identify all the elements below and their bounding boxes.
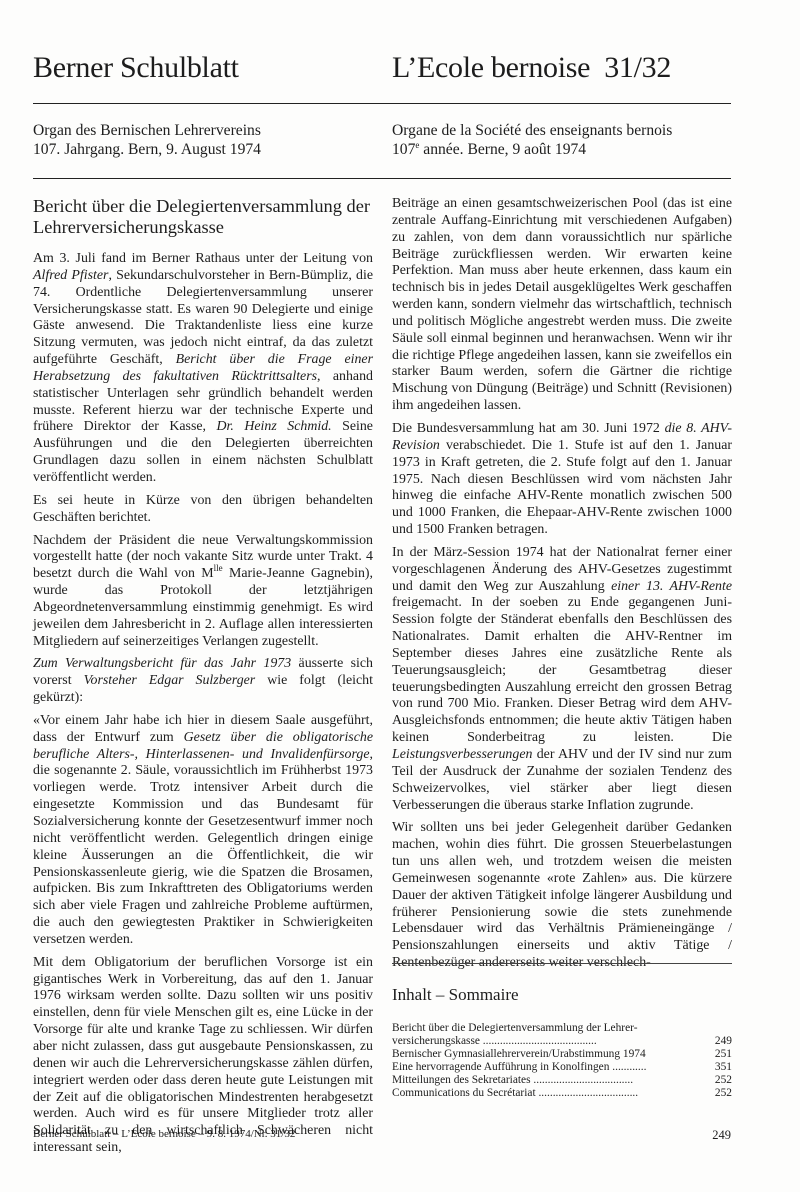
masthead-title-fr: L’Ecole bernoise [392, 51, 590, 84]
text: verabschiedet. Die 1. Stufe ist auf den … [392, 438, 732, 537]
toc-item-page: 249 [706, 1035, 732, 1048]
article-column-left: Bericht über die Delegiertenversammlung … [33, 196, 373, 1163]
footer-citation: Berner Schulblatt – L’Ecole bernoise – 9… [33, 1128, 295, 1140]
table-of-contents: Bericht über die Delegiertenversammlung … [392, 1022, 732, 1101]
toc-item[interactable]: Eine hervorragende Aufführung in Konolfi… [392, 1061, 732, 1074]
toc-item-title: Bericht über die Delegiertenversammlung … [392, 1022, 732, 1035]
toc-item[interactable]: Communications du Secrétariat ..........… [392, 1087, 732, 1100]
year-number: 107 [392, 141, 415, 158]
toc-item-page: 251 [706, 1048, 732, 1061]
paragraph: Zum Verwaltungsbericht für das Jahr 1973… [33, 656, 373, 707]
paragraph: «Vor einem Jahr habe ich hier in diesem … [33, 713, 373, 949]
toc-item-title: versicherungskasse .....................… [392, 1035, 706, 1048]
paragraph: Nachdem der Präsident die neue Verwaltun… [33, 533, 373, 651]
toc-item-page: 252 [706, 1087, 732, 1100]
text: , die sogenannte 2. Säule, voraussichtli… [33, 747, 373, 947]
paragraph: Am 3. Juli fand im Berner Rathaus unter … [33, 251, 373, 487]
text: Am 3. Juli fand im Berner Rathaus unter … [33, 251, 373, 266]
toc-item-page: 252 [706, 1074, 732, 1087]
emphasis: Leistungsverbesserungen [392, 747, 532, 762]
paragraph: Die Bundesversammlung hat am 30. Juni 19… [392, 421, 732, 539]
person-name: Alfred Pfister [33, 268, 108, 283]
toc-item[interactable]: Bericht über die Delegiertenversammlung … [392, 1022, 732, 1035]
paragraph: Wir sollten uns bei jeder Gelegenheit da… [392, 820, 732, 972]
title-sup: lle [214, 563, 223, 573]
subheader-fr: Organe de la Société des enseignants ber… [392, 121, 672, 159]
masthead-title-de: Berner Schulblatt [33, 50, 239, 86]
subheader-de-date: 107. Jahrgang. Bern, 9. August 1974 [33, 140, 261, 159]
toc-item[interactable]: Mitteilungen des Sekretariates .........… [392, 1074, 732, 1087]
toc-item-title: Eine hervorragende Aufführung in Konolfi… [392, 1061, 706, 1074]
person-name: Vorsteher Edgar Sulzberger [84, 673, 256, 688]
paragraph: Beiträge an einen gesamtschweizerischen … [392, 196, 732, 415]
paragraph: Es sei heute in Kürze von den übrigen be… [33, 493, 373, 527]
toc-rule [392, 963, 732, 964]
masthead-rule [33, 103, 731, 104]
text: freigemacht. In der soeben zu Ende gegan… [392, 595, 732, 745]
pension-title: einer 13. AHV-Rente [611, 579, 732, 594]
toc-item-title: Mitteilungen des Sekretariates .........… [392, 1074, 706, 1087]
masthead-title-fr-group: L’Ecole bernoise31/32 [392, 50, 671, 86]
masthead: Berner Schulblatt L’Ecole bernoise31/32 [33, 50, 731, 90]
subheader-de: Organ des Bernischen Lehrervereins 107. … [33, 121, 261, 159]
paragraph: In der März-Session 1974 hat der Nationa… [392, 545, 732, 815]
article-title: Bericht über die Delegiertenversammlung … [33, 196, 373, 238]
toc-item-title: Communications du Secrétariat ..........… [392, 1087, 706, 1100]
page-number: 249 [712, 1128, 731, 1143]
date-text: année. Berne, 9 août 1974 [419, 141, 586, 158]
subheader-rule [33, 178, 731, 179]
toc-item-page: 351 [706, 1061, 732, 1074]
toc-item-title: Bernischer Gymnasiallehrerverein/Urabsti… [392, 1048, 706, 1061]
text: Die Bundesversammlung hat am 30. Juni 19… [392, 421, 665, 436]
subheader-fr-org: Organe de la Société des enseignants ber… [392, 121, 672, 140]
toc-item[interactable]: versicherungskasse .....................… [392, 1035, 732, 1048]
toc-item[interactable]: Bernischer Gymnasiallehrerverein/Urabsti… [392, 1048, 732, 1061]
report-title: Zum Verwaltungsbericht für das Jahr 1973 [33, 656, 291, 671]
paragraph: Mit dem Obligatorium der beruflichen Vor… [33, 955, 373, 1157]
toc-title: Inhalt – Sommaire [392, 985, 519, 1005]
subheader-fr-date: 107e année. Berne, 9 août 1974 [392, 140, 672, 159]
person-name: Dr. Heinz Schmid. [217, 419, 332, 434]
subheader-de-org: Organ des Bernischen Lehrervereins [33, 121, 261, 140]
article-column-right: Beiträge an einen gesamtschweizerischen … [392, 196, 732, 978]
issue-number: 31/32 [604, 51, 671, 84]
